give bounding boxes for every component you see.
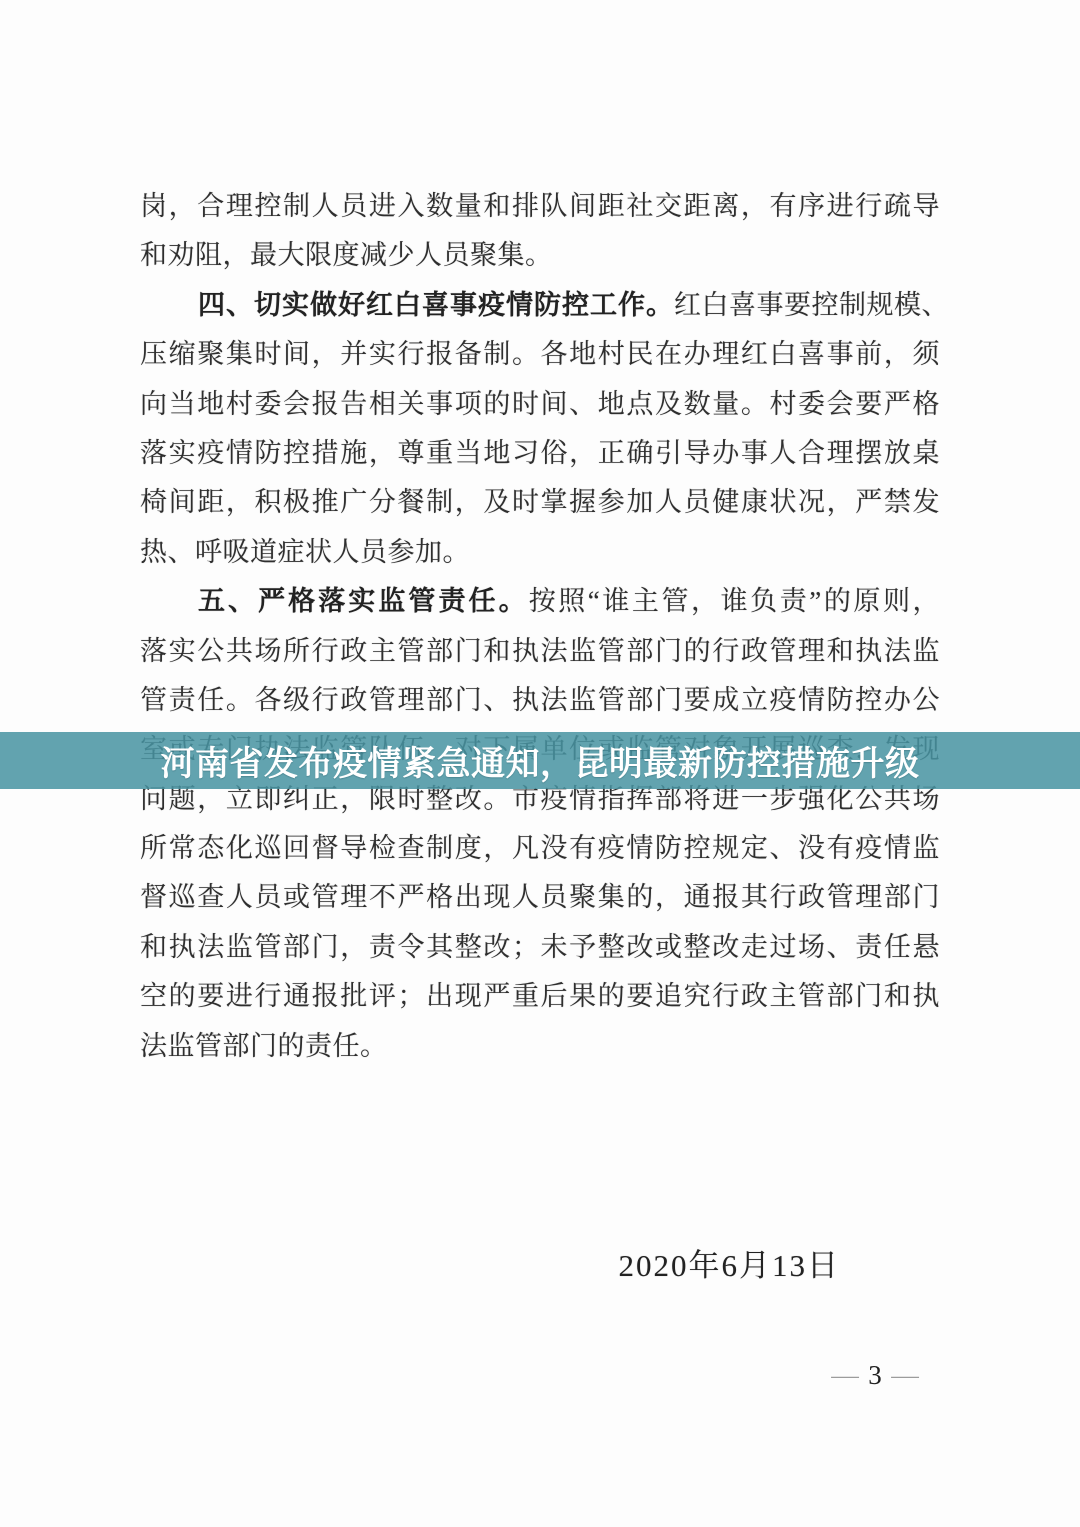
scanned-notice-page: 岗，合理控制人员进入数量和排队间距社交距离，有序进行疏导 和劝阻，最大限度减少人… xyxy=(0,0,1080,1527)
body-line: 椅间距，积极推广分餐制，及时掌握参加人员健康状况，严禁发 xyxy=(140,478,940,527)
body-line: 所常态化巡回督导检查制度，凡没有疫情防控规定、没有疫情监 xyxy=(140,824,940,873)
line-text: 法监管部门的责任。 xyxy=(140,1031,388,1061)
body-line-section-5-heading: 五、严格落实监管责任。按照“谁主管，谁负责”的原则， xyxy=(140,577,940,626)
line-text: 压缩聚集时间，并实行报备制。各地村民在办理红白喜事前，须 xyxy=(140,339,940,369)
body-line: 落实疫情防控措施，尊重当地习俗，正确引导办事人合理摆放桌 xyxy=(140,429,940,478)
headline-banner-overlay: 河南省发布疫情紧急通知，昆明最新防控措施升级 xyxy=(0,732,1080,789)
line-text: 空的要进行通报批评；出现严重后果的要追究行政主管部门和执 xyxy=(140,981,940,1011)
footer-right-dash: — xyxy=(891,1364,919,1388)
footer-left-dash: — xyxy=(831,1364,859,1388)
section-5-title: 五、严格落实监管责任。 xyxy=(198,586,529,616)
body-line: 岗，合理控制人员进入数量和排队间距社交距离，有序进行疏导 xyxy=(140,182,940,231)
line-text: 红白喜事要控制规模、 xyxy=(674,290,949,320)
body-line: 压缩聚集时间，并实行报备制。各地村民在办理红白喜事前，须 xyxy=(140,330,940,379)
document-date: 2020年6月13日 xyxy=(619,1240,841,1285)
section-4-title: 四、切实做好红白喜事疫情防控工作。 xyxy=(198,290,674,320)
body-line: 督巡查人员或管理不严格出现人员聚集的，通报其行政管理部门 xyxy=(140,873,940,922)
headline-title: 河南省发布疫情紧急通知，昆明最新防控措施升级 xyxy=(161,736,920,785)
page-number: 3 xyxy=(868,1360,882,1391)
body-line: 落实公共场所行政主管部门和执法监管部门的行政管理和执法监 xyxy=(140,627,940,676)
body-line-section-4-heading: 四、切实做好红白喜事疫情防控工作。红白喜事要控制规模、 xyxy=(140,281,940,330)
body-line: 和执法监管部门，责令其整改；未予整改或整改走过场、责任悬 xyxy=(140,923,940,972)
body-line: 向当地村委会报告相关事项的时间、地点及数量。村委会要严格 xyxy=(140,380,940,429)
body-line: 空的要进行通报批评；出现严重后果的要追究行政主管部门和执 xyxy=(140,972,940,1021)
body-line: 管责任。各级行政管理部门、执法监管部门要成立疫情防控办公 xyxy=(140,676,940,725)
body-line: 热、呼吸道症状人员参加。 xyxy=(140,528,940,577)
notice-body: 岗，合理控制人员进入数量和排队间距社交距离，有序进行疏导 和劝阻，最大限度减少人… xyxy=(140,182,940,1071)
body-line: 法监管部门的责任。 xyxy=(140,1022,940,1071)
body-line: 和劝阻，最大限度减少人员聚集。 xyxy=(140,231,940,280)
line-text: 热、呼吸道症状人员参加。 xyxy=(140,537,470,567)
line-text: 向当地村委会报告相关事项的时间、地点及数量。村委会要严格 xyxy=(140,389,940,419)
line-text: 落实公共场所行政主管部门和执法监管部门的行政管理和执法监 xyxy=(140,636,940,666)
line-text: 落实疫情防控措施，尊重当地习俗，正确引导办事人合理摆放桌 xyxy=(140,438,940,468)
line-text: 椅间距，积极推广分餐制，及时掌握参加人员健康状况，严禁发 xyxy=(140,487,940,517)
line-text: 按照“谁主管，谁负责”的原则， xyxy=(529,586,940,616)
line-text: 和执法监管部门，责令其整改；未予整改或整改走过场、责任悬 xyxy=(140,932,940,962)
line-text: 所常态化巡回督导检查制度，凡没有疫情防控规定、没有疫情监 xyxy=(140,833,940,863)
line-text: 岗，合理控制人员进入数量和排队间距社交距离，有序进行疏导 xyxy=(140,191,940,221)
line-text: 管责任。各级行政管理部门、执法监管部门要成立疫情防控办公 xyxy=(140,685,940,715)
line-text: 督巡查人员或管理不严格出现人员聚集的，通报其行政管理部门 xyxy=(140,882,940,912)
page-footer: — 3 — xyxy=(818,1360,932,1391)
line-text: 和劝阻，最大限度减少人员聚集。 xyxy=(140,240,553,270)
